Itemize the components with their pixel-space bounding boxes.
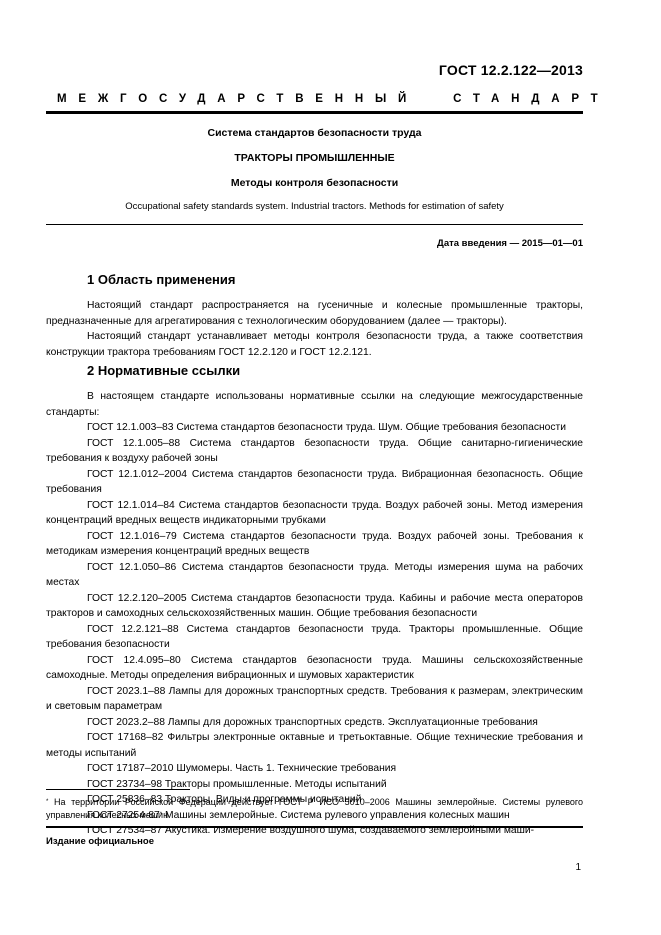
paragraph: В настоящем стандарте использованы норма…	[46, 389, 583, 420]
section-references-body: В настоящем стандарте использованы норма…	[46, 389, 583, 839]
reference-item: ГОСТ 17168–82 Фильтры электронные октавн…	[46, 730, 583, 761]
standard-series: Система стандартов безопасности труда	[46, 127, 583, 139]
paragraph: Настоящий стандарт распространяется на г…	[46, 298, 583, 329]
document-subtitle: Методы контроля безопасности	[46, 177, 583, 189]
standard-type-banner: МЕЖГОСУДАРСТВЕННЫЙ СТАНДАРТ	[57, 93, 567, 105]
reference-item: ГОСТ 12.2.120–2005 Система стандартов бе…	[46, 591, 583, 622]
english-title: Occupational safety standards system. In…	[46, 201, 583, 212]
document-code: ГОСТ 12.2.122—2013	[439, 62, 583, 78]
official-edition-label: Издание официальное	[46, 836, 154, 847]
reference-item: ГОСТ 12.1.003–83 Система стандартов безо…	[46, 420, 583, 436]
footer-divider	[46, 826, 583, 828]
reference-item: ГОСТ 2023.2–88 Лампы для дорожных трансп…	[46, 715, 583, 731]
reference-item: ГОСТ 17187–2010 Шумомеры. Часть 1. Техни…	[46, 761, 583, 777]
section-heading-scope: 1 Область применения	[87, 272, 236, 287]
reference-item: ГОСТ 2023.1–88 Лампы для дорожных трансп…	[46, 684, 583, 715]
header-divider	[46, 111, 583, 114]
reference-item: ГОСТ 12.4.095–80 Система стандартов безо…	[46, 653, 583, 684]
reference-item: ГОСТ 12.1.016–79 Система стандартов безо…	[46, 529, 583, 560]
reference-item: ГОСТ 12.1.012–2004 Система стандартов бе…	[46, 467, 583, 498]
page-number: 1	[575, 862, 581, 873]
section-heading-references: 2 Нормативные ссылки	[87, 363, 240, 378]
reference-item: ГОСТ 12.2.121–88 Система стандартов безо…	[46, 622, 583, 653]
footnote-text: На территории Российской Федерации дейст…	[46, 797, 583, 820]
reference-item: ГОСТ 12.1.014–84 Система стандартов безо…	[46, 498, 583, 529]
introduction-date: Дата введения — 2015—01—01	[437, 238, 583, 249]
reference-item: ГОСТ 12.1.050–86 Система стандартов безо…	[46, 560, 583, 591]
title-divider	[46, 224, 583, 225]
footnote-divider	[46, 789, 190, 790]
paragraph: Настоящий стандарт устанавливает методы …	[46, 329, 583, 360]
document-title: ТРАКТОРЫ ПРОМЫШЛЕННЫЕ	[46, 152, 583, 164]
footnote: * На территории Российской Федерации дей…	[46, 796, 583, 821]
section-scope-body: Настоящий стандарт распространяется на г…	[46, 298, 583, 360]
footnote-marker: *	[46, 799, 48, 805]
reference-item: ГОСТ 12.1.005–88 Система стандартов безо…	[46, 436, 583, 467]
document-page: ГОСТ 12.2.122—2013 МЕЖГОСУДАРСТВЕННЫЙ СТ…	[0, 0, 661, 935]
